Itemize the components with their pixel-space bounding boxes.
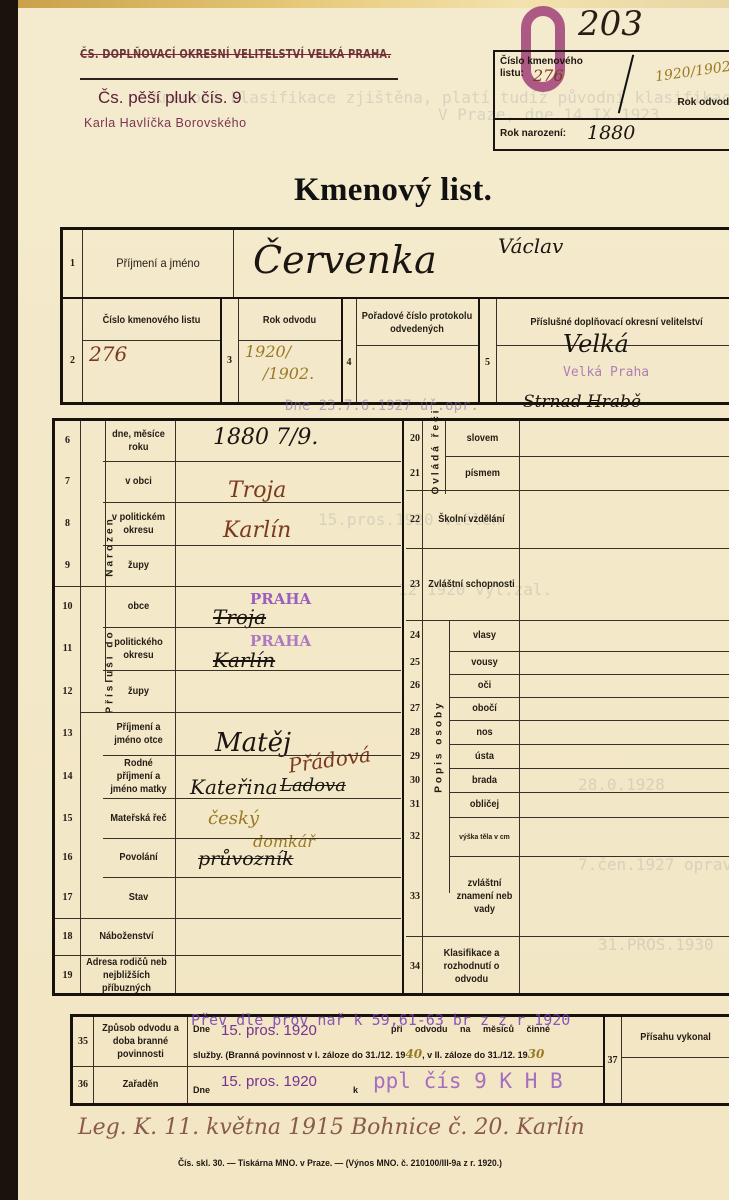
- row-number: 15: [55, 798, 80, 838]
- row-label: Klasifikace a rozhodnutí o odvodu: [428, 936, 515, 996]
- row-label: vlasy: [453, 620, 516, 651]
- row-label: slovem: [449, 420, 516, 456]
- row35-date-stamp: 15. pros. 1920: [221, 1022, 317, 1039]
- surname-label: Příjmení a jméno: [89, 230, 227, 297]
- row-label: v politickém okresu: [107, 502, 170, 545]
- rok-narozeni-value: 1880: [587, 122, 635, 144]
- row35-label: Způsob odvodu a doba branné povinnosti: [98, 1017, 184, 1066]
- row-number: 34: [406, 936, 424, 996]
- row-number: 10: [55, 586, 80, 627]
- row-label: Povolání: [107, 838, 170, 877]
- row-number: 32: [406, 817, 424, 856]
- row37-label: Přísahu vykonal: [626, 1017, 724, 1057]
- handwritten-number-203: 203: [578, 4, 643, 44]
- row-number: 12: [55, 670, 80, 712]
- row-number: 8: [55, 502, 80, 545]
- row-number: 26: [406, 674, 424, 697]
- row-label: v obci: [107, 461, 170, 502]
- left-section-table: Narozen Přísluší do: [52, 418, 404, 996]
- rok-odvodu-cell-b: /1902.: [263, 364, 314, 383]
- row-number: 29: [406, 744, 424, 768]
- row-number: 25: [406, 651, 424, 674]
- row-number: 33: [406, 856, 424, 936]
- header-rule: [80, 78, 398, 80]
- cislo-listu-value: 276: [533, 66, 564, 85]
- row-label: Adresa rodičů neb nejbližších příbuzných: [84, 955, 170, 996]
- footer-print-info: Čís. skl. 30. — Tiskárna MNO. v Praze. —…: [178, 1158, 502, 1169]
- row-label: Stav: [107, 877, 170, 918]
- row-label: nos: [453, 720, 516, 744]
- birth-town-value: Troja: [228, 478, 286, 503]
- row-number: 28: [406, 720, 424, 744]
- row-label: Mateřská řeč: [107, 798, 170, 838]
- row-label: oči: [453, 674, 516, 697]
- row-label: brada: [453, 768, 516, 792]
- row-label: župy: [107, 670, 170, 712]
- row-label: vousy: [453, 651, 516, 674]
- row-number: 22: [406, 490, 424, 548]
- rok-narozeni-label: Rok narození:: [500, 128, 566, 139]
- unit-stamp-line2: Karla Havlíčka Borovského: [84, 116, 247, 130]
- row-number: 14: [55, 755, 80, 798]
- row-label: obce: [107, 586, 170, 627]
- velitelstvi-stamp: Velká Praha: [563, 365, 649, 380]
- row-label: politického okresu: [107, 627, 170, 670]
- row-label: obličej: [453, 792, 516, 817]
- birth-district-value: Karlín: [223, 518, 291, 543]
- row-label: Školní vzdělání: [428, 490, 515, 548]
- row-label: písmem: [449, 456, 516, 490]
- row-number: 13: [55, 712, 80, 755]
- row-label: zvláštní znamení neb vady: [453, 856, 516, 936]
- section-name-table: 1 Příjmení a jméno Červenka Václav Číslo…: [60, 227, 729, 405]
- row-number: 19: [55, 955, 80, 996]
- unit-stamp-line1: Čs. pěší pluk čís. 9: [98, 88, 242, 108]
- prislusi-obce-struck: Troja: [213, 605, 266, 629]
- row-number: 30: [406, 768, 424, 792]
- rok-odvodu-value: 1920/1902: [654, 59, 729, 85]
- row36-date-stamp: 15. pros. 1920: [221, 1073, 317, 1090]
- top-right-box: Číslo kmenového listu: 276 1920/1902 Rok…: [493, 50, 729, 151]
- row-number: 31: [406, 792, 424, 817]
- mother-tongue-value: český: [208, 808, 259, 829]
- row-number: 18: [55, 918, 80, 955]
- velitelstvi-hand: Velká: [563, 330, 629, 358]
- group-ovlada-reci-label: Ovládá řeči: [431, 415, 442, 495]
- row-number: 27: [406, 697, 424, 720]
- row-number: 16: [55, 838, 80, 877]
- row-label: výška těla v cm: [453, 817, 516, 856]
- group-popis-osoby-label: Popis osoby: [434, 692, 445, 802]
- row-number: 9: [55, 545, 80, 586]
- row-number: 24: [406, 620, 424, 651]
- bottom-handwritten-note: Leg. K. 11. května 1915 Bohnice č. 20. K…: [78, 1115, 585, 1140]
- rok-odvodu-label: Rok odvodu.: [677, 97, 729, 108]
- row-number: 11: [55, 627, 80, 670]
- bottom-section-table: 35 Způsob odvodu a doba branné povinnost…: [70, 1014, 729, 1106]
- row-label: Zvláštní schopnosti: [428, 548, 515, 620]
- row-label: Příjmení a jméno otce: [107, 712, 170, 755]
- row36-unit-stamp: ppl čís 9 K H B: [373, 1069, 563, 1093]
- mother-given-name: Kateřina: [190, 775, 278, 799]
- prislusi-okres-struck: Karlín: [213, 648, 275, 672]
- correction-stamp: Dne 23.7.6.1927 úř.opr.: [285, 398, 479, 414]
- row-label: obočí: [453, 697, 516, 720]
- row-number: 21: [406, 456, 424, 490]
- separator-slash: [618, 55, 634, 114]
- row-number: 23: [406, 548, 424, 620]
- row-label: ústa: [453, 744, 516, 768]
- cislo-listu-cell: 276: [89, 342, 127, 366]
- row-number: 7: [55, 461, 80, 502]
- struck-authority-header: ČS. DOPLŇOVACÍ OKRESNÍ VELITELSTVÍ VELKÁ…: [80, 47, 391, 61]
- row-label: Náboženství: [84, 918, 170, 955]
- document-page: Kmenová klasifikace zjištěna, platí tudí…: [18, 0, 729, 1200]
- row-number: 17: [55, 877, 80, 918]
- row36-label: Zařaděn: [98, 1066, 184, 1103]
- birth-date-value: 1880 7/9.: [213, 425, 318, 450]
- given-name-value: Václav: [498, 234, 563, 258]
- page-title: Kmenový list.: [294, 172, 492, 209]
- rok-odvodu-cell-a: 1920/: [245, 342, 291, 361]
- row-label: župy: [107, 545, 170, 586]
- correction-signature: Strnad Hrabě: [523, 392, 641, 412]
- row-label: Rodné příjmení a jméno matky: [107, 755, 170, 798]
- mother-surname-struck: Ladova: [280, 775, 346, 796]
- row-label: dne, měsíce roku: [107, 420, 170, 461]
- row35-line2: služby. (Branná povinnost v I. záloze do…: [193, 1047, 544, 1061]
- surname-value: Červenka: [253, 238, 437, 282]
- father-name-value: Matěj: [215, 728, 291, 758]
- row-number: 20: [406, 420, 424, 456]
- occupation-struck: průvozník: [198, 848, 294, 870]
- row-number: 6: [55, 420, 80, 461]
